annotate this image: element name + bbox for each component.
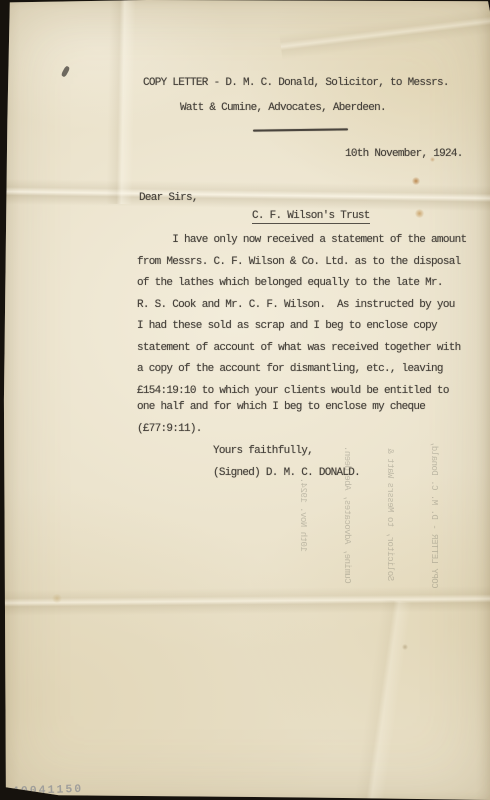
letter-date: 10th November, 1924. <box>345 148 463 160</box>
letter-body-line: (£77:9:11). <box>137 423 202 435</box>
verso-showthrough-line: Solicitor, to Messrs Watt & <box>383 395 398 635</box>
accession-number-stamp: 40041150 <box>12 783 84 798</box>
fold-crease-top-right <box>279 2 490 59</box>
letter-body-line: I had these sold as scrap and I beg to e… <box>137 320 437 332</box>
letter-body-line: statement of account of what was receive… <box>137 342 460 354</box>
photo-backdrop: COPY LETTER - D. M. C. Donald, Solicitor… <box>0 0 490 800</box>
letter-body-line: I have only now received a statement of … <box>137 234 466 246</box>
heading-rule <box>253 128 348 131</box>
fold-crease-vertical <box>106 0 136 204</box>
fold-crease-upper <box>0 178 490 211</box>
verso-showthrough-line: 10th Nov. 1924. <box>296 395 311 635</box>
letter-body-line: from Messrs. C. F. Wilson & Co. Ltd. as … <box>137 256 460 268</box>
letter-paper: COPY LETTER - D. M. C. Donald, Solicitor… <box>0 0 490 800</box>
foxing-spot <box>412 177 420 185</box>
letter-heading-line1: COPY LETTER - D. M. C. Donald, Solicitor… <box>143 77 449 89</box>
letter-heading-line2: Watt & Cumine, Advocates, Aberdeen. <box>180 102 386 114</box>
letter-body-line: of the lathes which belonged equally to … <box>137 277 443 289</box>
foxing-spot <box>402 644 408 650</box>
ink-speck <box>61 65 71 77</box>
verso-showthrough-line: Cumine, Advocates, Aberdeen. <box>340 395 355 635</box>
verso-showthrough-line: COPY LETTER - D. M. C. Donald, <box>427 395 442 635</box>
letter-body-line: a copy of the account for dismantling, e… <box>137 363 443 375</box>
foxing-spot <box>415 209 424 218</box>
letter-salutation: Dear Sirs, <box>139 192 198 204</box>
foxing-spot <box>52 594 62 603</box>
verso-showthrough-text: COPY LETTER - D. M. C. Donald, Solicitor… <box>404 395 470 635</box>
letter-body-line: R. S. Cook and Mr. C. F. Wilson. As inst… <box>137 299 455 311</box>
letter-subject: C. F. Wilson's Trust <box>252 210 370 224</box>
